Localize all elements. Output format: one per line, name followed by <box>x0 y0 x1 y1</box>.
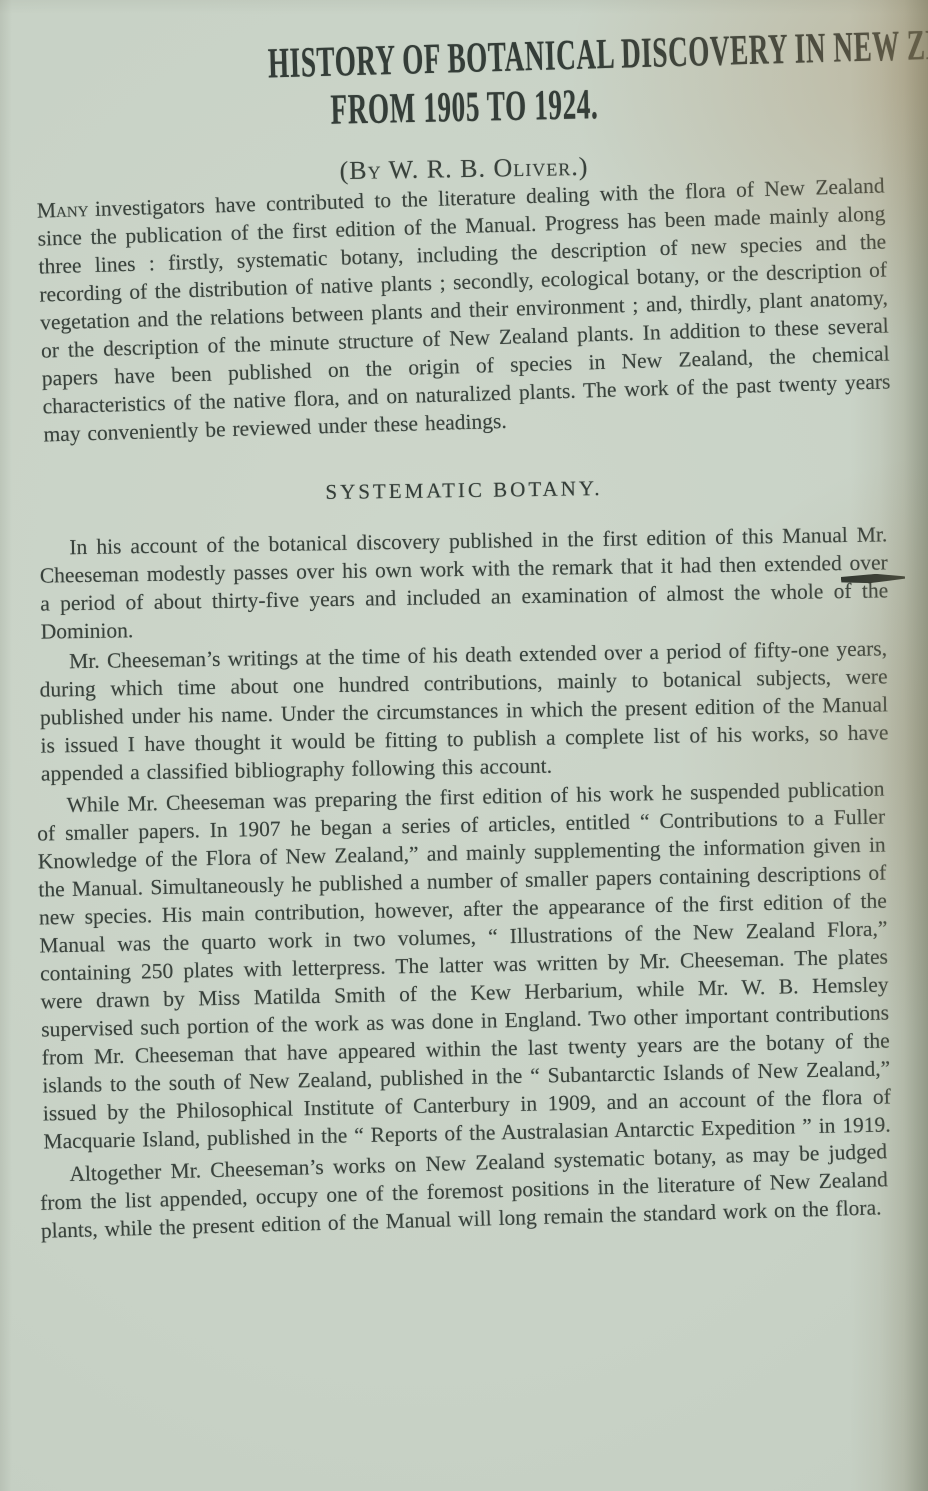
title-text-2: FROM 1905 TO 1924. <box>330 80 599 135</box>
intro-paragraph-text: investigators have contributed to the li… <box>37 173 890 446</box>
article-header: HISTORY OF BOTANICAL DISCOVERY IN NEW ZE… <box>40 34 888 184</box>
paragraph-4: Altogether Mr. Cheeseman’s works on New … <box>39 1137 889 1245</box>
section-heading-systematic-botany: SYSTEMATIC BOTANY. <box>40 472 888 509</box>
paragraph-3: While Mr. Cheeseman was preparing the fi… <box>36 775 891 1156</box>
intro-paragraph: Manyinvestigators have contributed to th… <box>36 171 891 448</box>
intro-lead-word: Many <box>37 197 89 223</box>
paragraph-1: In his account of the botanical discover… <box>39 520 889 645</box>
page-content: HISTORY OF BOTANICAL DISCOVERY IN NEW ZE… <box>40 34 888 1233</box>
scanned-book-page: HISTORY OF BOTANICAL DISCOVERY IN NEW ZE… <box>0 0 928 1491</box>
paragraph-2: Mr. Cheeseman’s writings at the time of … <box>39 634 889 787</box>
